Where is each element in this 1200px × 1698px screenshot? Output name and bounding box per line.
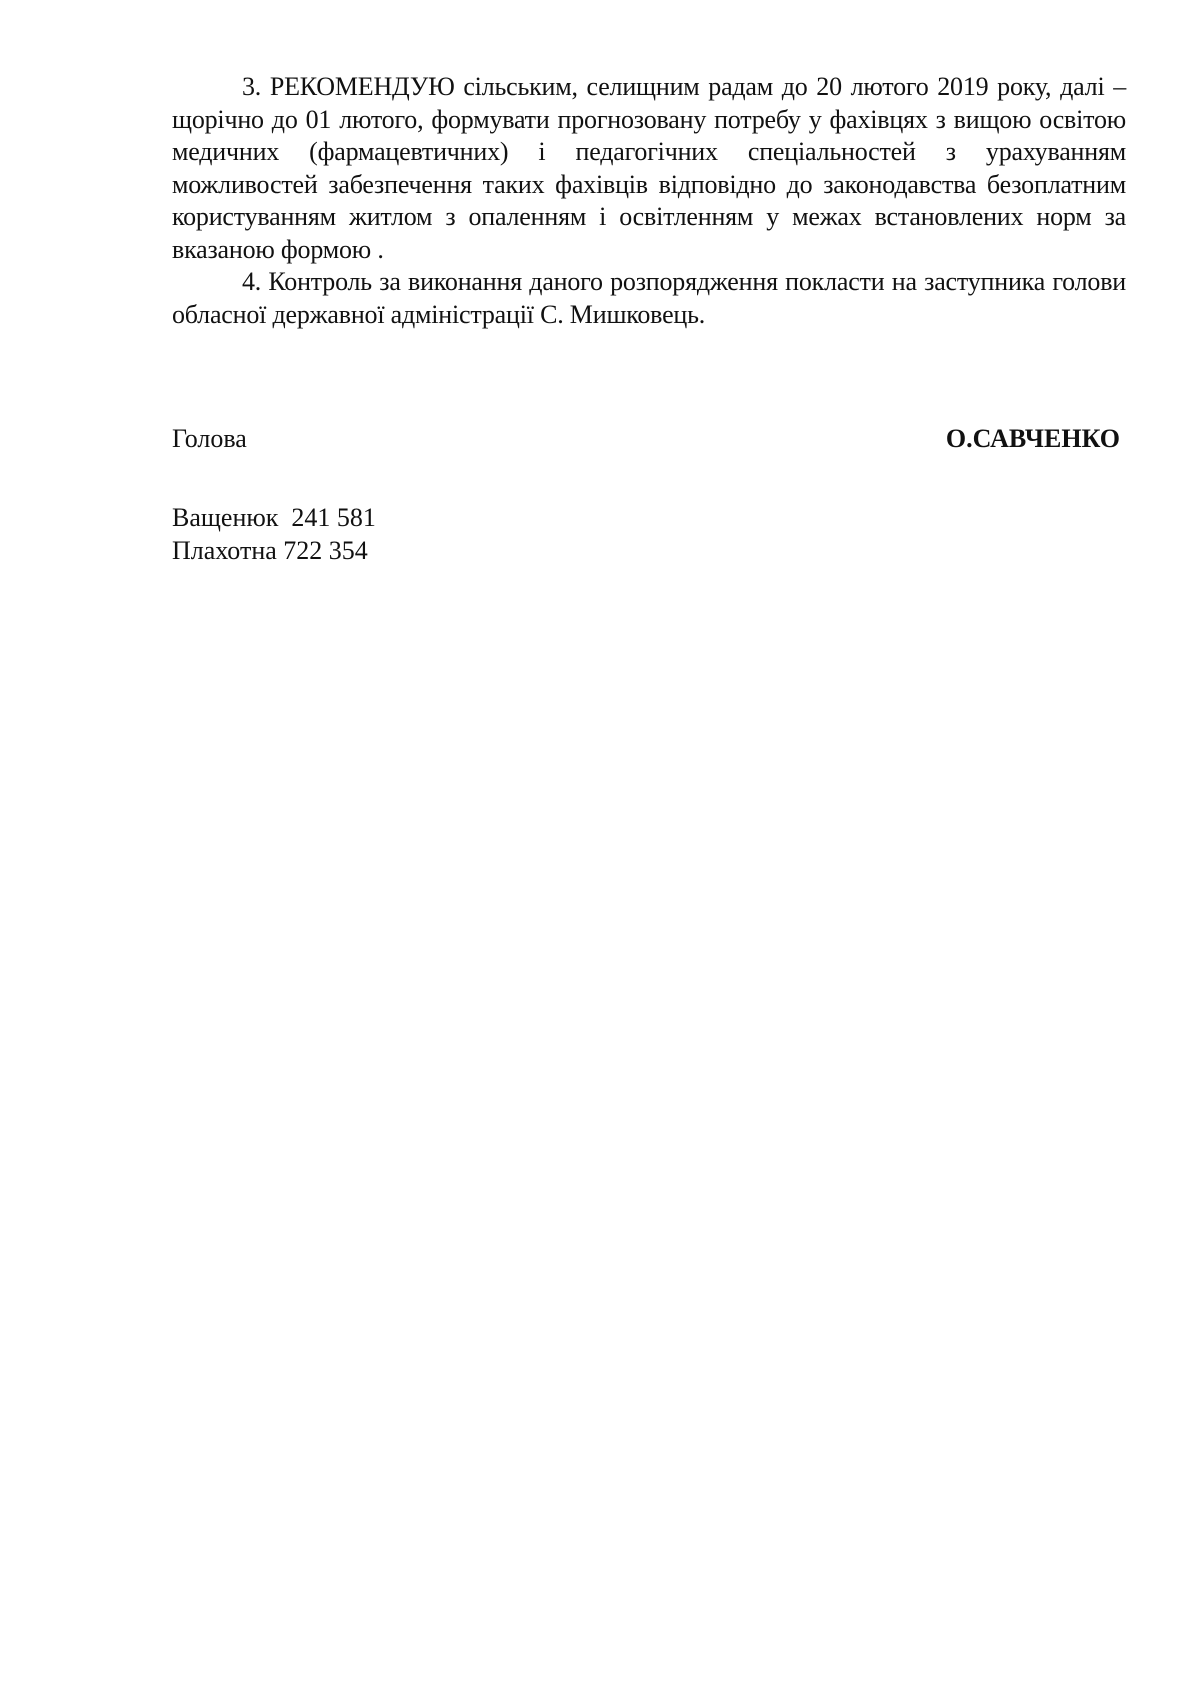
contact-line: Ващенюк 241 581 [172, 501, 376, 534]
contacts-block: Ващенюк 241 581 Плахотна 722 354 [172, 501, 376, 567]
document-page: 3. РЕКОМЕНДУЮ сільським, селищним радам … [0, 0, 1200, 1698]
paragraph-item-4: 4. Контроль за виконання даного розпоряд… [172, 266, 1126, 331]
contact-line: Плахотна 722 354 [172, 534, 376, 567]
signatory-name: О.САВЧЕНКО [946, 423, 1120, 455]
signatory-title: Голова [172, 423, 247, 455]
paragraph-item-3: 3. РЕКОМЕНДУЮ сільським, селищним радам … [172, 71, 1126, 266]
document-body: 3. РЕКОМЕНДУЮ сільським, селищним радам … [172, 71, 1126, 331]
